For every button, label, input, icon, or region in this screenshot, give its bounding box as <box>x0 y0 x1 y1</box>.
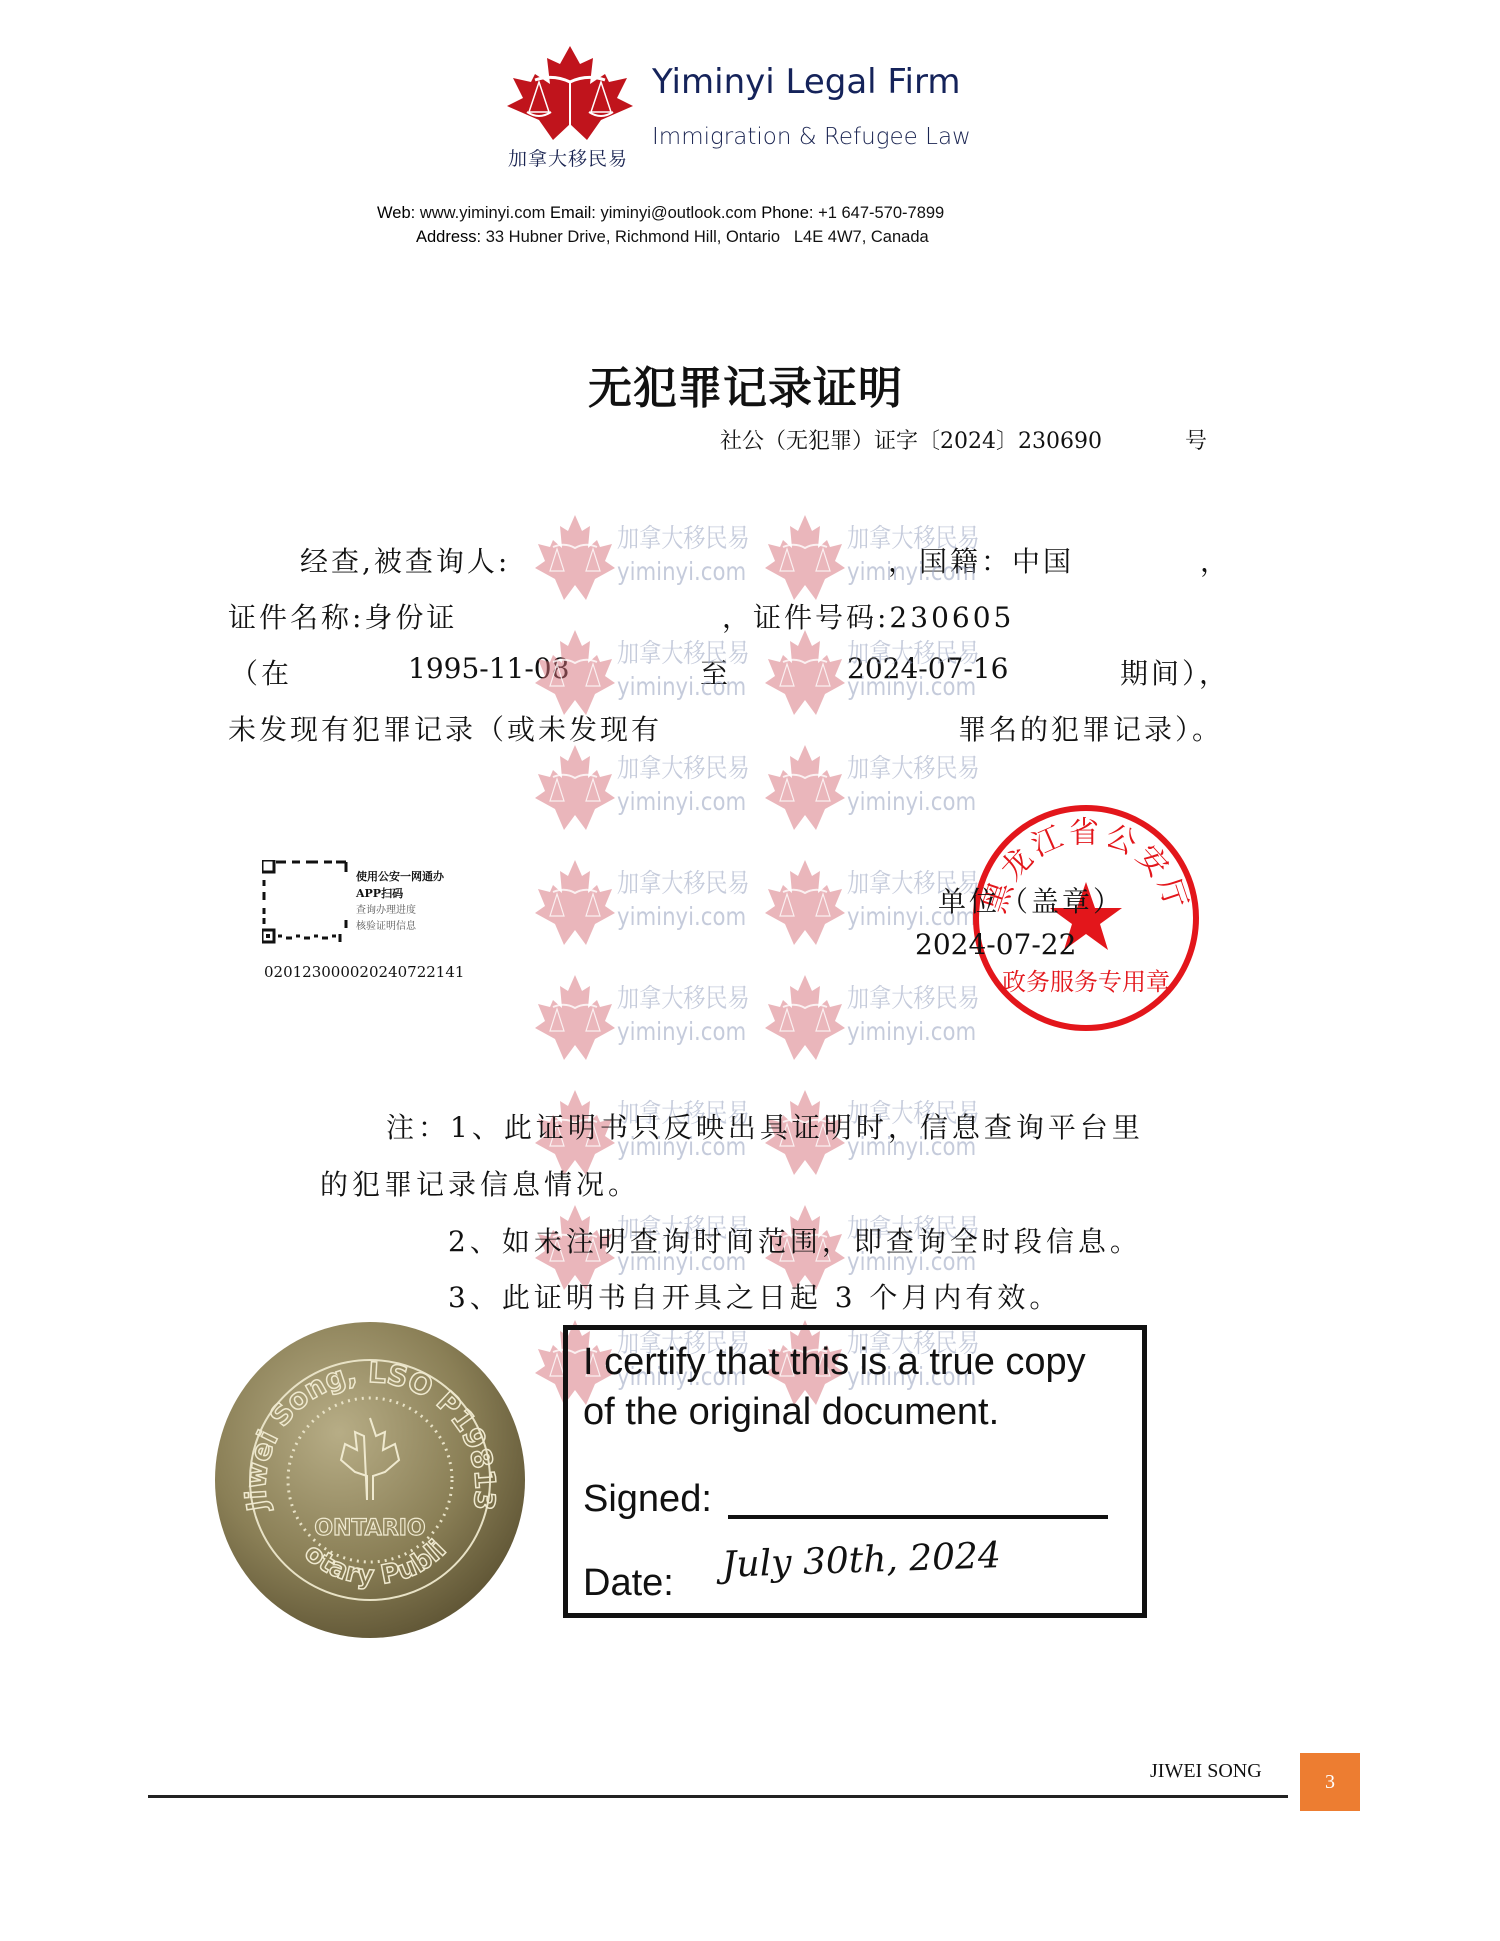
qr-subtext: 查询办理进度 核验证明信息 <box>356 903 416 935</box>
qr-code <box>262 860 348 944</box>
issue-date: 2024-07-22 <box>915 928 1076 961</box>
watermark-en: yiminyi.com <box>617 902 746 931</box>
watermark-en: yiminyi.com <box>617 787 746 816</box>
watermark-cn: 加拿大移民易 <box>847 748 980 785</box>
signature-line <box>728 1515 1108 1519</box>
certify-line-1: I certify that this is a true copy <box>583 1337 1086 1387</box>
notary-seal-icon: Jiwei Song, LSO P19813 Notary Public ONT… <box>213 1320 528 1640</box>
address-label: Address: <box>416 228 481 246</box>
svg-text:ONTARIO: ONTARIO <box>314 1516 425 1541</box>
certificate-number: 社公（无犯罪）证字〔2024〕230690 <box>720 424 1102 455</box>
document-title: 无犯罪记录证明 <box>588 352 903 416</box>
watermark-en: yiminyi.com <box>847 787 976 816</box>
qr-instruction: 使用公安一网通办 APP扫码 <box>356 868 444 902</box>
footer-rule <box>148 1795 1288 1798</box>
watermark: 加拿大移民易yiminyi.com <box>535 515 765 600</box>
logo-caption: 加拿大移民易 <box>508 144 628 171</box>
watermark: 加拿大移民易yiminyi.com <box>535 975 765 1060</box>
finding-text-end: 罪名的犯罪记录）。 <box>958 708 1223 748</box>
phone-label: Phone: <box>761 204 813 222</box>
phone-number: +1 647-570-7899 <box>818 204 944 222</box>
address-text: 33 Hubner Drive, Richmond Hill, Ontario … <box>486 228 929 246</box>
signed-label: Signed: <box>583 1478 712 1521</box>
address-line: Address: 33 Hubner Drive, Richmond Hill,… <box>416 228 929 247</box>
note-2: 2、如未注明查询时间范围，即查询全时段信息。 <box>448 1220 1142 1260</box>
inquiry-subject-label: 经查,被查询人: <box>300 540 510 580</box>
watermark: 加拿大移民易yiminyi.com <box>765 975 995 1060</box>
period-to: 至 <box>700 652 731 692</box>
id-type: 证件名称:身份证 <box>228 596 457 636</box>
watermark-en: yiminyi.com <box>617 1017 746 1046</box>
firm-tagline: Immigration & Refugee Law <box>652 124 971 150</box>
certificate-number-suffix: 号 <box>1185 424 1207 455</box>
watermark-cn: 加拿大移民易 <box>847 978 980 1015</box>
firm-name: Yiminyi Legal Firm <box>652 62 960 102</box>
watermark-cn: 加拿大移民易 <box>617 748 750 785</box>
web-label: Web: <box>377 204 415 222</box>
watermark-cn: 加拿大移民易 <box>617 863 750 900</box>
period-open: （在 <box>230 652 292 692</box>
finding-text: 未发现有犯罪记录（或未发现有 <box>228 708 662 748</box>
qr-line2: APP扫码 <box>356 885 444 902</box>
web-link[interactable]: www.yiminyi.com <box>420 204 546 222</box>
id-number: ，证件号码:230605 <box>722 596 1014 636</box>
note-1: 注：1、此证明书只反映出具证明时，信息查询平台里 <box>386 1106 1144 1146</box>
footer-name: JIWEI SONG <box>1150 1760 1262 1783</box>
qr-line4: 核验证明信息 <box>356 919 416 935</box>
note-1-cont: 的犯罪记录信息情况。 <box>320 1163 640 1203</box>
serial-number: 020123000020240722141 <box>264 963 464 981</box>
certification-text: I certify that this is a true copy of th… <box>583 1337 1086 1437</box>
qr-line3: 查询办理进度 <box>356 903 416 919</box>
period-end: 2024-07-16 <box>847 652 1008 685</box>
svg-text:政务服务专用章: 政务服务专用章 <box>1002 968 1170 996</box>
watermark: 加拿大移民易yiminyi.com <box>535 860 765 945</box>
watermark-en: yiminyi.com <box>847 1017 976 1046</box>
watermark-cn: 加拿大移民易 <box>617 518 750 555</box>
email-link[interactable]: yiminyi@outlook.com <box>600 204 756 222</box>
qr-line1: 使用公安一网通办 <box>356 868 444 885</box>
email-label: Email: <box>550 204 596 222</box>
watermark-en: yiminyi.com <box>617 557 746 586</box>
period-start: 1995-11-08 <box>408 652 569 685</box>
line-end-comma: ， <box>1200 540 1231 580</box>
certify-line-2: of the original document. <box>583 1387 1086 1437</box>
watermark: 加拿大移民易yiminyi.com <box>535 745 765 830</box>
firm-logo-icon <box>505 46 635 140</box>
unit-stamp-label: 单位（盖章） <box>938 880 1124 920</box>
period-close: 期间）， <box>1120 652 1230 692</box>
nationality: ，国籍：中国 <box>888 540 1074 580</box>
watermark-cn: 加拿大移民易 <box>617 978 750 1015</box>
date-label: Date: <box>583 1562 674 1605</box>
contact-line: Web: www.yiminyi.com Email: yiminyi@outl… <box>377 204 944 223</box>
note-3: 3、此证明书自开具之日起 3 个月内有效。 <box>448 1276 1061 1316</box>
page-number: 3 <box>1300 1753 1360 1811</box>
watermark: 加拿大移民易yiminyi.com <box>765 745 995 830</box>
